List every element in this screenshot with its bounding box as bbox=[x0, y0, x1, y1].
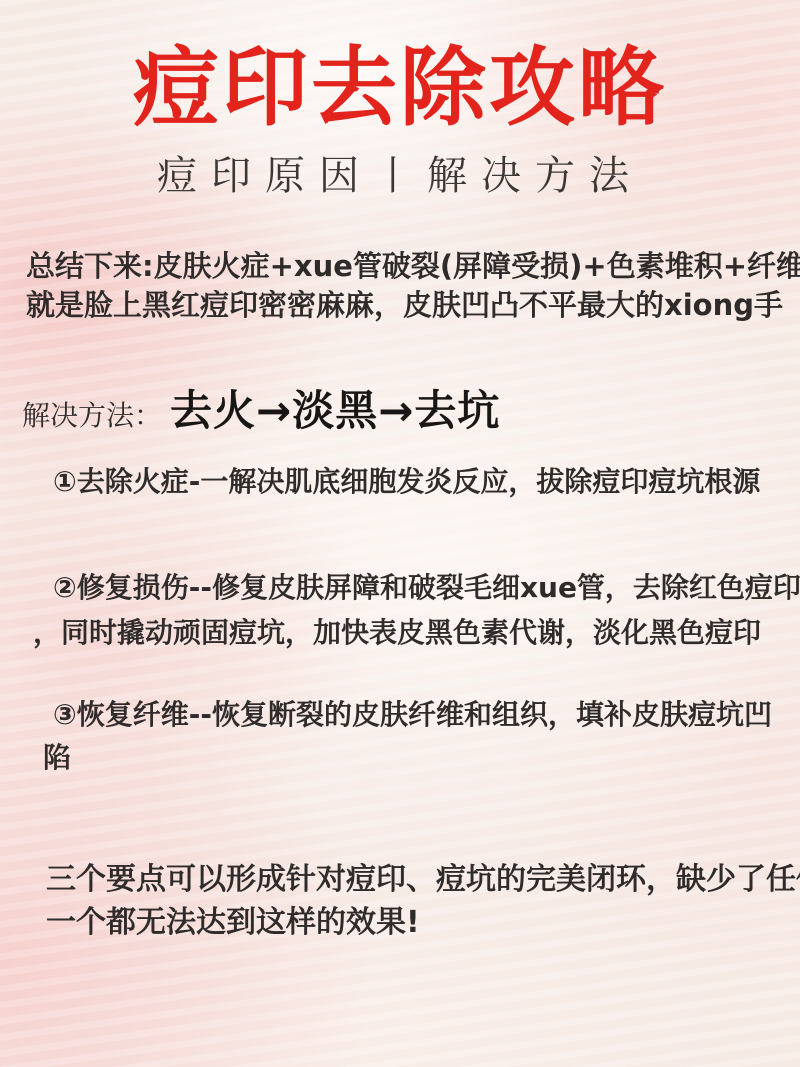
summary-paragraph: 总结下来:皮肤火症+xue管破裂(屏障受损)+色素堆积+纤维断裂 就是脸上黑红痘… bbox=[26, 247, 782, 325]
point-2-line-2: ，同时撬动顽固痘坑，加快表皮黑色素代谢，淡化黑色痘印 bbox=[33, 610, 773, 655]
summary-line-1: 总结下来:皮肤火症+xue管破裂(屏障受损)+色素堆积+纤维断裂 bbox=[26, 247, 782, 286]
page-subtitle: 痘印原因丨解决方法 bbox=[0, 150, 800, 202]
solution-method-steps: 去火→淡黑→去坑 bbox=[170, 378, 500, 438]
page-title: 痘印去除攻略 bbox=[0, 34, 800, 142]
point-3-line-1: ③恢复纤维--恢复断裂的皮肤纤维和组织，填补皮肤痘坑凹 bbox=[53, 693, 773, 736]
solution-method-row: 解决方法： 去火→淡黑→去坑 bbox=[22, 378, 500, 438]
summary-line-2: 就是脸上黑红痘印密密麻麻，皮肤凹凸不平最大的xiong手 bbox=[26, 286, 782, 325]
poster-background: 痘印去除攻略 痘印原因丨解决方法 总结下来:皮肤火症+xue管破裂(屏障受损)+… bbox=[0, 0, 800, 1067]
solution-method-label: 解决方法： bbox=[22, 394, 162, 434]
point-3-line-2: 陷 bbox=[43, 736, 773, 779]
closing-line-2: 一个都无法达到这样的效果! bbox=[46, 901, 776, 944]
closing-paragraph: 三个要点可以形成针对痘印、痘坑的完美闭环，缺少了任何 一个都无法达到这样的效果! bbox=[46, 858, 776, 944]
closing-line-1: 三个要点可以形成针对痘印、痘坑的完美闭环，缺少了任何 bbox=[46, 858, 776, 901]
point-3-restore-fibers: ③恢复纤维--恢复断裂的皮肤纤维和组织，填补皮肤痘坑凹 陷 bbox=[33, 693, 773, 779]
point-2-repair-damage: ②修复损伤--修复皮肤屏障和破裂毛细xue管，去除红色痘印 ，同时撬动顽固痘坑，… bbox=[33, 565, 773, 655]
point-2-line-1: ②修复损伤--修复皮肤屏障和破裂毛细xue管，去除红色痘印 bbox=[53, 565, 773, 610]
point-1-remove-inflammation: ①去除火症-一解决肌底细胞发炎反应，拔除痘印痘坑根源 bbox=[33, 462, 773, 502]
point-1-line-1: ①去除火症-一解决肌底细胞发炎反应，拔除痘印痘坑根源 bbox=[53, 462, 773, 502]
